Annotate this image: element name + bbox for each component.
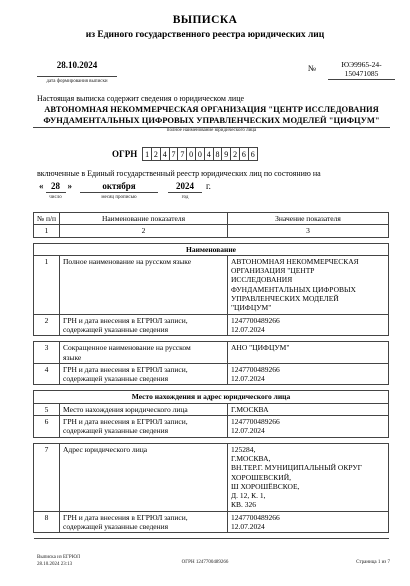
register-table-body: № п/пНаименование показателяЗначение пок… bbox=[34, 213, 389, 539]
issue-month-caption: месяц прописью bbox=[101, 195, 136, 200]
row-num: 1 bbox=[34, 255, 60, 314]
indicator-name: ГРН и дата внесения в ЕГРЮЛ записи, соде… bbox=[60, 511, 228, 533]
row-num: 2 bbox=[34, 314, 60, 336]
indicator-name: Полное наименование на русском языке bbox=[60, 255, 228, 314]
indicator-value: 1247700489266 12.07.2024 bbox=[228, 363, 389, 385]
ogrn-digit-boxes: 1247700489266 bbox=[142, 147, 257, 161]
indicator-name: ГРН и дата внесения в ЕГРЮЛ записи, соде… bbox=[60, 416, 228, 438]
indicator-value: 125284, Г.МОСКВА, ВН.ТЕР.Г. МУНИЦИПАЛЬНЫ… bbox=[228, 443, 389, 511]
table-row bbox=[34, 533, 389, 539]
section-header: Место нахождения и адрес юридического ли… bbox=[34, 391, 389, 403]
indicator-value: 1247700489266 12.07.2024 bbox=[228, 314, 389, 336]
row-num: 8 bbox=[34, 511, 60, 533]
header-cell-name: Наименование показателя bbox=[60, 213, 228, 225]
included-line: включенные в Единый государственный реес… bbox=[37, 169, 321, 178]
indicator-value: Г.МОСКВА bbox=[228, 403, 389, 415]
header-cell-name: 2 bbox=[60, 225, 228, 237]
extract-number-block: ЮЭ9965-24- 150471085 bbox=[328, 60, 395, 80]
issue-day-field: 28 число bbox=[46, 181, 66, 200]
section-header: Наименование bbox=[34, 243, 389, 255]
table-row: 6ГРН и дата внесения в ЕГРЮЛ записи, сод… bbox=[34, 416, 389, 438]
table-row: 1Полное наименование на русском языкеАВТ… bbox=[34, 255, 389, 314]
extract-number-label: № bbox=[308, 63, 316, 73]
ogrn-label: ОГРН bbox=[112, 149, 137, 159]
row-num: 3 bbox=[34, 342, 60, 364]
row-num: 7 bbox=[34, 443, 60, 511]
org-name-caption: полное наименование юридического лица bbox=[33, 128, 390, 133]
issue-day: 28 bbox=[46, 181, 66, 193]
ogrn-row: ОГРН 1247700489266 bbox=[112, 147, 258, 161]
indicator-value: 1247700489266 12.07.2024 bbox=[228, 416, 389, 438]
table-row: 2ГРН и дата внесения в ЕГРЮЛ записи, сод… bbox=[34, 314, 389, 336]
table-row: 8ГРН и дата внесения в ЕГРЮЛ записи, сод… bbox=[34, 511, 389, 533]
intro-line: Настоящая выписка содержит сведения о юр… bbox=[37, 94, 244, 103]
header-cell-value: 3 bbox=[228, 225, 389, 237]
indicator-value: АВТОНОМНАЯ НЕКОММЕРЧЕСКАЯ ОРГАНИЗАЦИЯ "Ц… bbox=[228, 255, 389, 314]
table-row: 4ГРН и дата внесения в ЕГРЮЛ записи, сод… bbox=[34, 363, 389, 385]
indicator-value: АНО "ЦИФЦУМ" bbox=[228, 342, 389, 364]
table-row: 123 bbox=[34, 225, 389, 237]
header-cell-value: Значение показателя bbox=[228, 213, 389, 225]
org-full-name: АВТОНОМНАЯ НЕКОММЕРЧЕСКАЯ ОРГАНИЗАЦИЯ "Ц… bbox=[33, 104, 390, 125]
form-date-value: 28.10.2024 bbox=[37, 60, 117, 77]
row-num: 4 bbox=[34, 363, 60, 385]
indicator-name: Сокращенное наименование на русском язык… bbox=[60, 342, 228, 364]
issue-month-field: октября месяц прописью bbox=[80, 181, 158, 200]
quote-open: « bbox=[37, 181, 46, 191]
indicator-name: Место нахождения юридического лица bbox=[60, 403, 228, 415]
spacer-row bbox=[34, 533, 389, 539]
table-row: 7Адрес юридического лица125284, Г.МОСКВА… bbox=[34, 443, 389, 511]
row-num: 6 bbox=[34, 416, 60, 438]
table-row: 3Сокращенное наименование на русском язы… bbox=[34, 342, 389, 364]
indicator-value: 1247700489266 12.07.2024 bbox=[228, 511, 389, 533]
header-cell-num: № п/п bbox=[34, 213, 60, 225]
document-subtitle: из Единого государственного реестра юрид… bbox=[0, 30, 410, 40]
table-row: Наименование bbox=[34, 243, 389, 255]
document-title: ВЫПИСКА bbox=[0, 14, 410, 26]
issue-year-field: 2024 год bbox=[168, 181, 202, 200]
egrul-extract-page: ВЫПИСКА из Единого государственного реес… bbox=[0, 0, 410, 586]
header-cell-num: 1 bbox=[34, 225, 60, 237]
issue-month: октября bbox=[80, 181, 158, 193]
issue-year: 2024 bbox=[168, 181, 202, 193]
footer-page-number: Страница 1 из 7 bbox=[356, 560, 390, 565]
indicator-name: Адрес юридического лица bbox=[60, 443, 228, 511]
ogrn-digit: 6 bbox=[248, 147, 258, 161]
register-table: № п/пНаименование показателяЗначение пок… bbox=[33, 212, 389, 539]
issue-year-caption: год bbox=[182, 195, 189, 200]
issue-date-line: « 28 число » октября месяц прописью 2024… bbox=[37, 181, 211, 200]
extract-number-value: ЮЭ9965-24- 150471085 bbox=[328, 60, 395, 80]
row-num: 5 bbox=[34, 403, 60, 415]
issue-year-suffix: г. bbox=[206, 181, 211, 191]
form-date-caption: дата формирования выписки bbox=[37, 79, 117, 84]
indicator-name: ГРН и дата внесения в ЕГРЮЛ записи, соде… bbox=[60, 314, 228, 336]
table-row: № п/пНаименование показателяЗначение пок… bbox=[34, 213, 389, 225]
indicator-name: ГРН и дата внесения в ЕГРЮЛ записи, соде… bbox=[60, 363, 228, 385]
form-date-block: 28.10.2024 дата формирования выписки bbox=[37, 60, 117, 84]
org-name-block: АВТОНОМНАЯ НЕКОММЕРЧЕСКАЯ ОРГАНИЗАЦИЯ "Ц… bbox=[33, 104, 390, 128]
issue-day-caption: число bbox=[49, 195, 61, 200]
footer-ogrn: ОГРН 1247700489266 bbox=[0, 560, 410, 565]
table-row: Место нахождения и адрес юридического ли… bbox=[34, 391, 389, 403]
quote-close: » bbox=[66, 181, 75, 191]
table-row: 5Место нахождения юридического лицаГ.МОС… bbox=[34, 403, 389, 415]
